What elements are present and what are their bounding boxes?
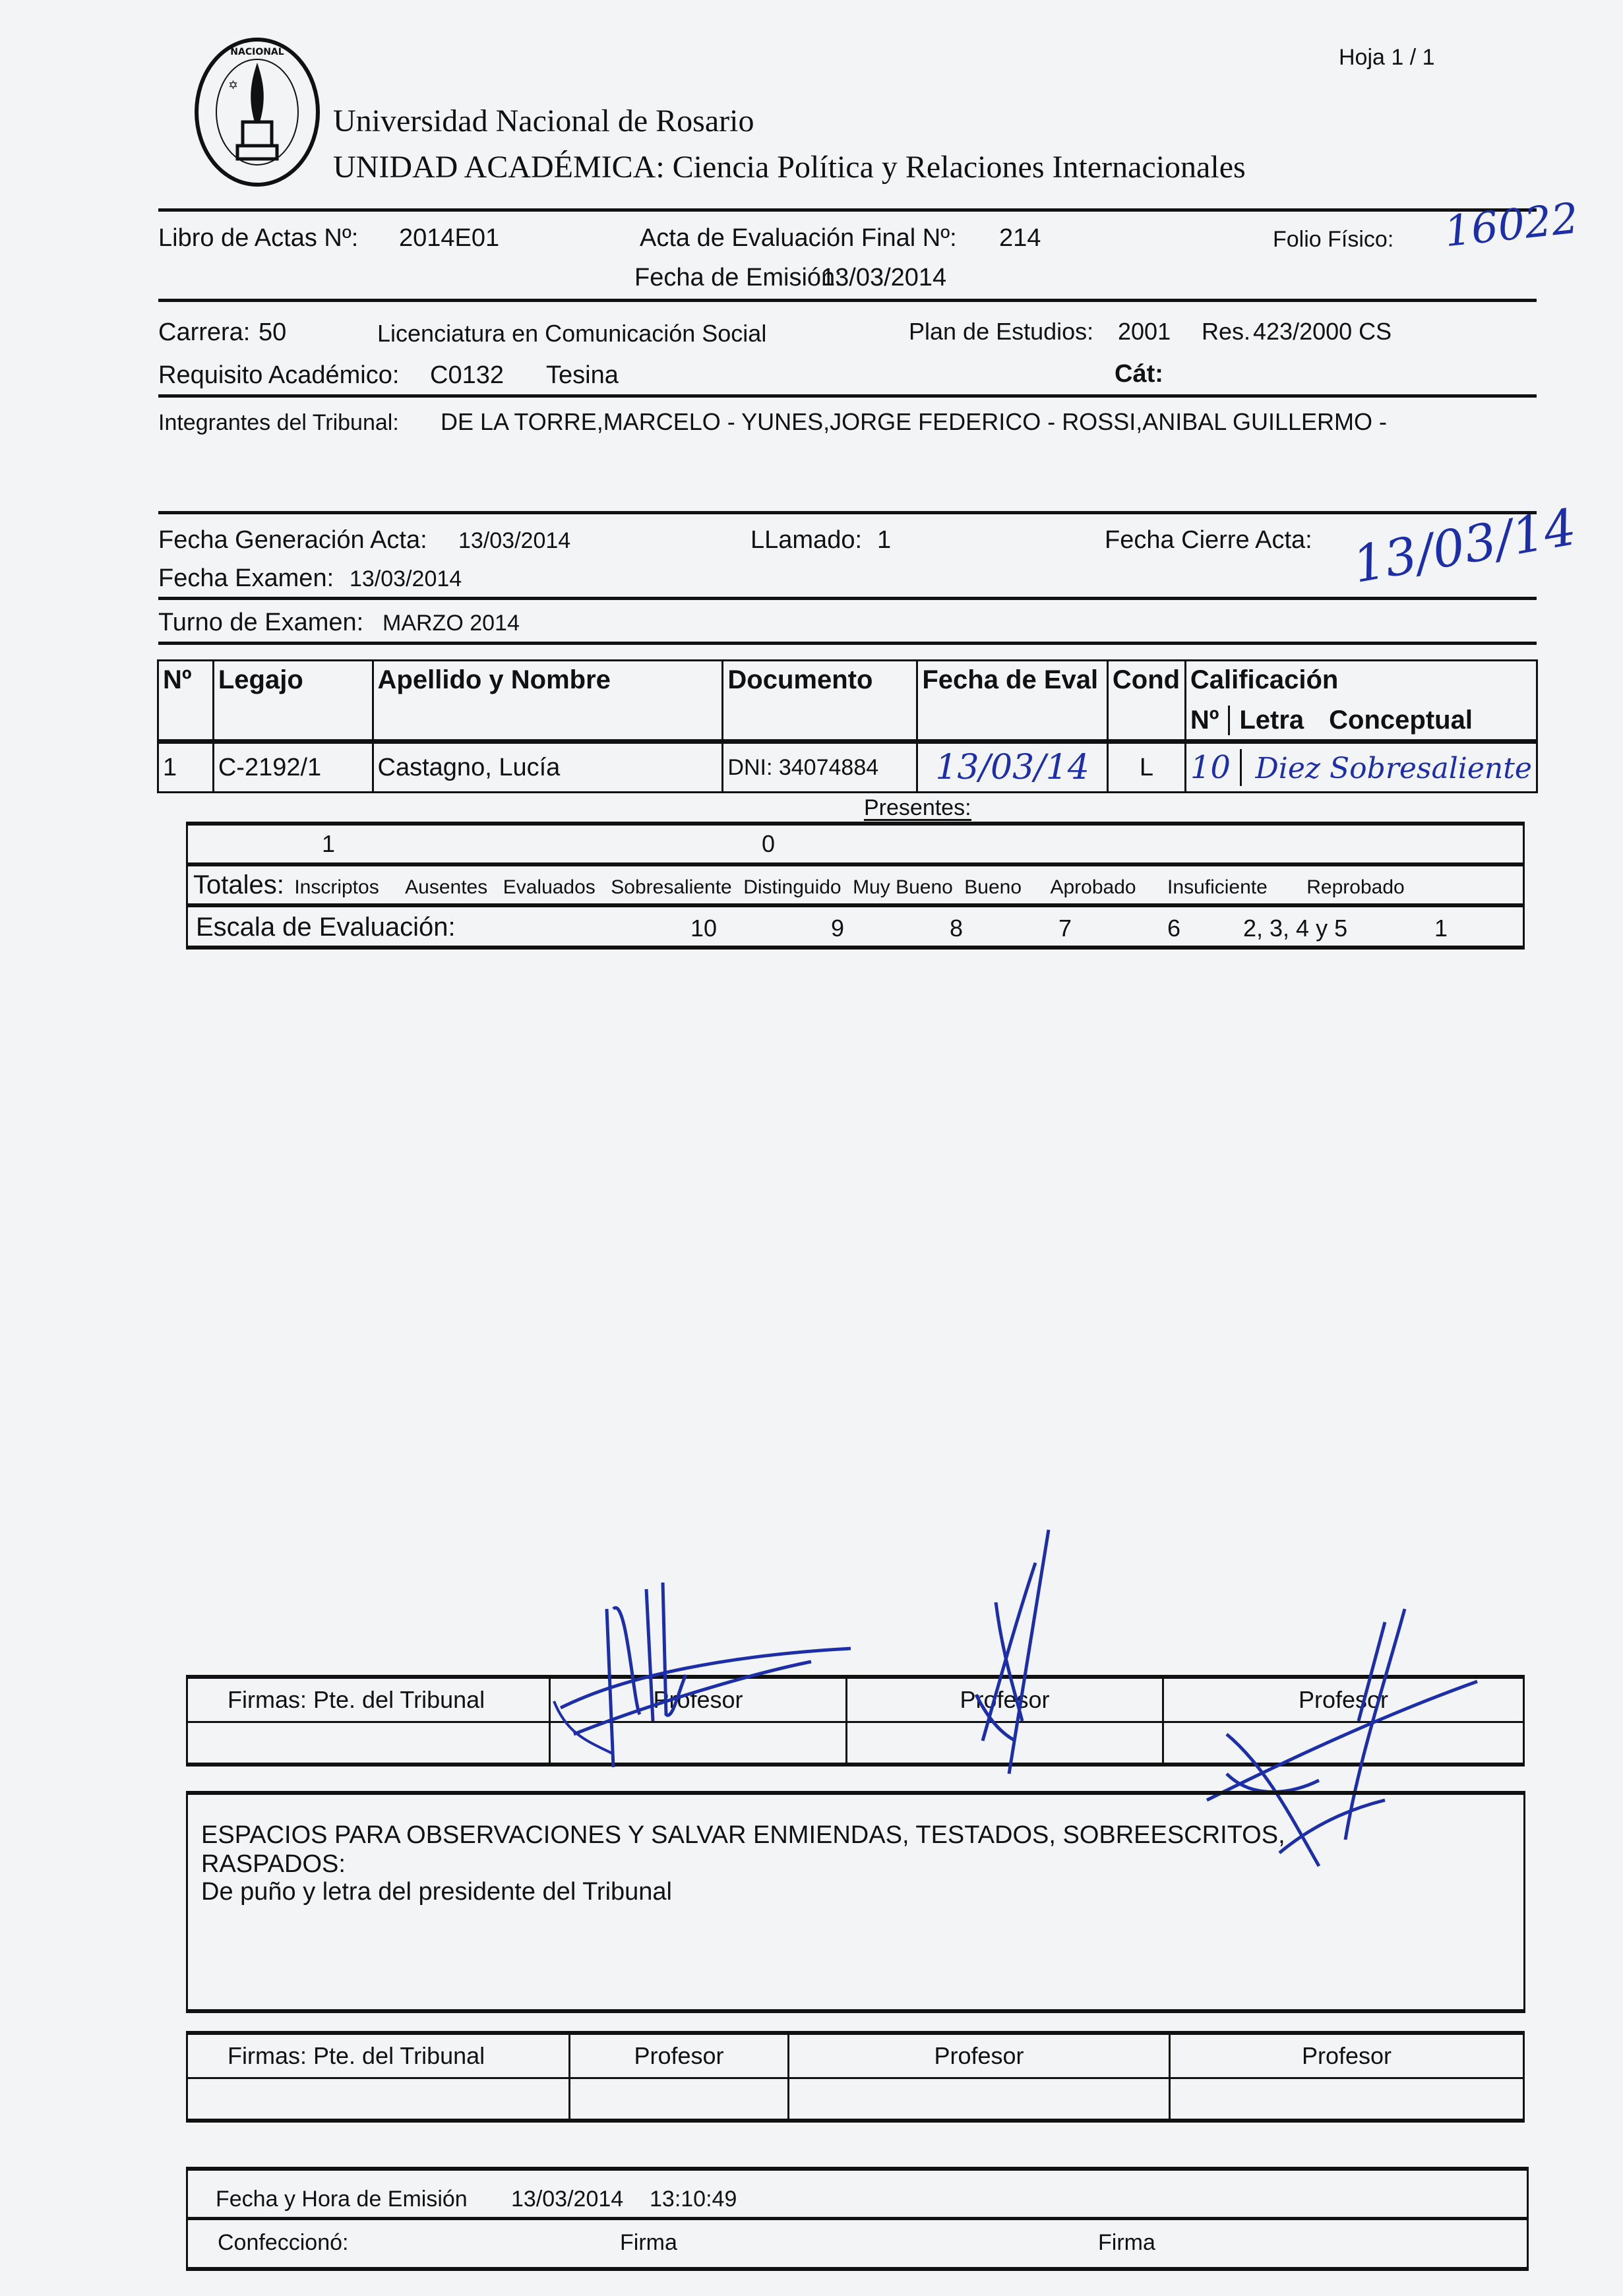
tribunal-label: Integrantes del Tribunal: [158, 411, 399, 434]
academic-unit: UNIDAD ACADÉMICA: Ciencia Política y Rel… [333, 152, 1246, 183]
cierre-label: Fecha Cierre Acta: [1105, 528, 1312, 553]
table-row: 1 C-2192/1 Castagno, Lucía DNI: 34074884… [158, 742, 1537, 793]
pte-tribunal-label: Firmas: Pte. del Tribunal [187, 2033, 570, 2078]
carrera-code: 50 [259, 320, 286, 345]
firma-label: Firma [620, 2231, 677, 2254]
observaciones-line-2: RASPADOS: [201, 1850, 346, 1879]
table-header-row: Nº Legajo Apellido y Nombre Documento Fe… [158, 661, 1537, 742]
university-name: Universidad Nacional de Rosario [333, 106, 754, 137]
cal-conceptual-label: Conceptual [1329, 706, 1473, 735]
col-distinguido: Distinguido [743, 876, 841, 898]
generacion-value: 13/03/2014 [458, 529, 570, 552]
cat-label: Cát: [1115, 361, 1163, 386]
signature-cell[interactable] [1170, 2078, 1524, 2121]
profesor-label: Profesor [1170, 2033, 1524, 2078]
totals-values-row: 1 0 [187, 824, 1524, 864]
divider [188, 2217, 1527, 2220]
divider [158, 299, 1537, 302]
divider [158, 642, 1537, 645]
signatures-table-2: Firmas: Pte. del Tribunal Profesor Profe… [186, 2031, 1525, 2123]
escala-distinguido: 9 [831, 917, 844, 940]
cierre-value-handwritten: 13/03/14 [1349, 502, 1579, 590]
carrera-label: Carrera: [158, 320, 250, 345]
generacion-label: Fecha Generación Acta: [158, 528, 427, 553]
examen-label: Fecha Examen: [158, 566, 334, 591]
divider [158, 208, 1537, 212]
col-bueno: Bueno [964, 876, 1022, 898]
cal-n-label: Nº [1190, 706, 1231, 735]
escala-label: Escala de Evaluación: [196, 914, 456, 940]
divider [158, 511, 1537, 514]
libro-value: 2014E01 [399, 226, 499, 251]
pte-tribunal-label: Firmas: Pte. del Tribunal [187, 1677, 550, 1722]
students-table: Nº Legajo Apellido y Nombre Documento Fe… [157, 659, 1538, 793]
col-aprobado: Aprobado [1050, 876, 1136, 898]
totales-label: Totales: [193, 870, 284, 899]
requisito-code: C0132 [430, 363, 504, 388]
escala-muy-bueno: 8 [950, 917, 963, 940]
examen-value: 13/03/2014 [350, 568, 462, 590]
carrera-name: Licenciatura en Comunicación Social [377, 322, 766, 346]
col-n: Nº [158, 661, 214, 742]
profesor-label: Profesor [789, 2033, 1170, 2078]
col-inscriptos: Inscriptos [294, 876, 379, 898]
escala-aprobado: 6 [1167, 917, 1180, 940]
emision-value: 13/03/2014 [821, 265, 946, 290]
escala-reprobado: 1 [1434, 917, 1448, 940]
escala-sobresaliente: 10 [690, 917, 717, 940]
llamado-value: 1 [877, 528, 891, 553]
page-indicator: Hoja 1 / 1 [1339, 46, 1435, 69]
requisito-name: Tesina [546, 363, 619, 388]
cell-legajo: C-2192/1 [213, 742, 373, 793]
footer-emision-label: Fecha y Hora de Emisión [216, 2188, 468, 2210]
footer-emision-time: 13:10:49 [650, 2188, 737, 2210]
acta-label: Acta de Evaluación Final Nº: [640, 226, 957, 251]
col-reprobado: Reprobado [1306, 876, 1404, 898]
cal-letra-label: Letra [1239, 706, 1304, 735]
divider [158, 394, 1537, 398]
plan-value: 2001 [1118, 320, 1171, 344]
turno-label: Turno de Examen: [158, 610, 363, 635]
col-evaluados: Evaluados [503, 876, 596, 898]
res-label: Res. [1202, 320, 1250, 344]
col-fecha: Fecha de Eval [917, 661, 1108, 742]
signature-cell[interactable] [187, 2078, 570, 2121]
signature-cell[interactable] [789, 2078, 1170, 2121]
cell-fecha-handwritten: 13/03/14 [917, 742, 1108, 793]
observaciones-line-1: ESPACIOS PARA OBSERVACIONES Y SALVAR ENM… [201, 1821, 1285, 1850]
folio-label: Folio Físico: [1273, 228, 1393, 251]
cell-cond: L [1107, 742, 1185, 793]
col-muy-bueno: Muy Bueno [853, 876, 953, 898]
signature-1-icon [547, 1569, 890, 1780]
confecciono-label: Confeccionó: [218, 2231, 348, 2254]
totals-table: 1 0 Totales: Inscriptos Ausentes Evaluad… [186, 822, 1525, 950]
university-seal-icon: ✡ NACIONAL [191, 36, 323, 188]
signature-cell[interactable] [570, 2078, 789, 2121]
acta-value: 214 [999, 226, 1041, 251]
totals-labels-row: Totales: Inscriptos Ausentes Evaluados S… [187, 864, 1524, 905]
col-insuficiente: Insuficiente [1167, 876, 1268, 898]
col-sobresaliente: Sobresaliente [611, 876, 731, 898]
escala-insuficiente: 2, 3, 4 y 5 [1243, 917, 1347, 940]
col-documento: Documento [723, 661, 917, 742]
turno-value: MARZO 2014 [383, 612, 520, 634]
footer-emision-date: 13/03/2014 [511, 2188, 623, 2210]
presentes-label: Presentes: [864, 797, 971, 821]
emision-label: Fecha de Emisión: [634, 265, 842, 290]
tribunal-members: DE LA TORRE,MARCELO - YUNES,JORGE FEDERI… [441, 410, 1387, 434]
svg-text:NACIONAL: NACIONAL [230, 47, 284, 57]
ausentes-value: 0 [762, 830, 775, 857]
svg-text:✡: ✡ [228, 78, 238, 92]
col-ausentes: Ausentes [405, 876, 487, 898]
cell-nombre: Castagno, Lucía [373, 742, 723, 793]
footer-box: Fecha y Hora de Emisión 13/03/2014 13:10… [186, 2167, 1529, 2271]
folio-value-handwritten: 16022 [1442, 198, 1580, 254]
col-legajo: Legajo [213, 661, 373, 742]
observaciones-line-3: De puño y letra del presidente del Tribu… [201, 1878, 672, 1906]
divider [158, 597, 1537, 600]
requisito-label: Requisito Académico: [158, 363, 399, 388]
calificacion-label: Calificación [1190, 665, 1532, 695]
plan-label: Plan de Estudios: [909, 320, 1093, 344]
signature-cell[interactable] [187, 1722, 550, 1765]
escala-bueno: 7 [1058, 917, 1072, 940]
res-value: 423/2000 CS [1253, 320, 1392, 344]
col-nombre: Apellido y Nombre [373, 661, 723, 742]
cell-calificacion: 10 Diez Sobresaliente [1185, 742, 1537, 793]
cell-conceptual-handwritten: Diez Sobresaliente [1255, 752, 1531, 785]
inscriptos-value: 1 [322, 830, 335, 857]
signature-2-icon [917, 1523, 1088, 1787]
profesor-label: Profesor [570, 2033, 789, 2078]
cell-nota-handwritten: 10 [1190, 749, 1242, 786]
col-calificacion: Calificación Nº Letra Conceptual [1185, 661, 1537, 742]
escala-row: Escala de Evaluación: 10 9 8 7 6 2, 3, 4… [187, 905, 1524, 948]
firma-label: Firma [1098, 2231, 1155, 2254]
libro-label: Libro de Actas Nº: [158, 226, 358, 251]
observaciones-box: ESPACIOS PARA OBSERVACIONES Y SALVAR ENM… [186, 1791, 1525, 2013]
col-cond: Cond [1107, 661, 1185, 742]
llamado-label: LLamado: [750, 528, 862, 553]
cell-documento: DNI: 34074884 [723, 742, 917, 793]
cell-n: 1 [158, 742, 214, 793]
